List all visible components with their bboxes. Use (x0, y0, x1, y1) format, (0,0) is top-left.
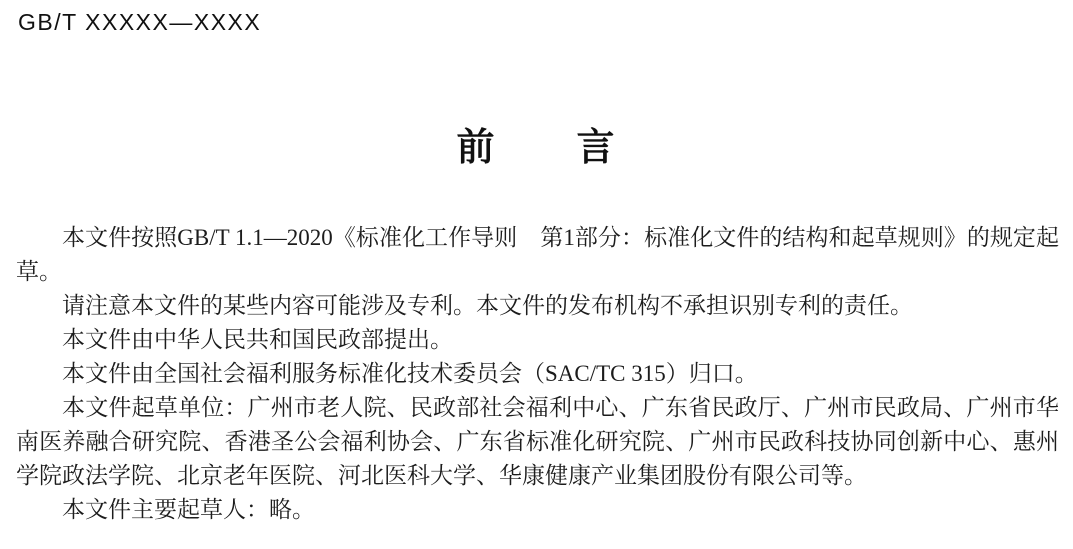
foreword-title: 前 言 (0, 116, 1073, 171)
foreword-body: 本文件按照GB/T 1.1—2020《标准化工作导则 第1部分：标准化文件的结构… (16, 221, 1059, 527)
paragraph-drafting-rules: 本文件按照GB/T 1.1—2020《标准化工作导则 第1部分：标准化文件的结构… (16, 221, 1059, 289)
paragraph-proposed-by: 本文件由中华人民共和国民政部提出。 (16, 323, 1059, 357)
standard-doc-number: GB/T XXXXX—XXXX (18, 9, 261, 36)
paragraph-centralized-by: 本文件由全国社会福利服务标准化技术委员会（SAC/TC 315）归口。 (16, 357, 1059, 391)
paragraph-main-drafters: 本文件主要起草人：略。 (16, 493, 1059, 527)
paragraph-patent-notice: 请注意本文件的某些内容可能涉及专利。本文件的发布机构不承担识别专利的责任。 (16, 289, 1059, 323)
document-page: GB/T XXXXX—XXXX 前 言 本文件按照GB/T 1.1—2020《标… (0, 0, 1073, 549)
paragraph-drafting-organizations: 本文件起草单位：广州市老人院、民政部社会福利中心、广东省民政厅、广州市民政局、广… (16, 391, 1059, 493)
